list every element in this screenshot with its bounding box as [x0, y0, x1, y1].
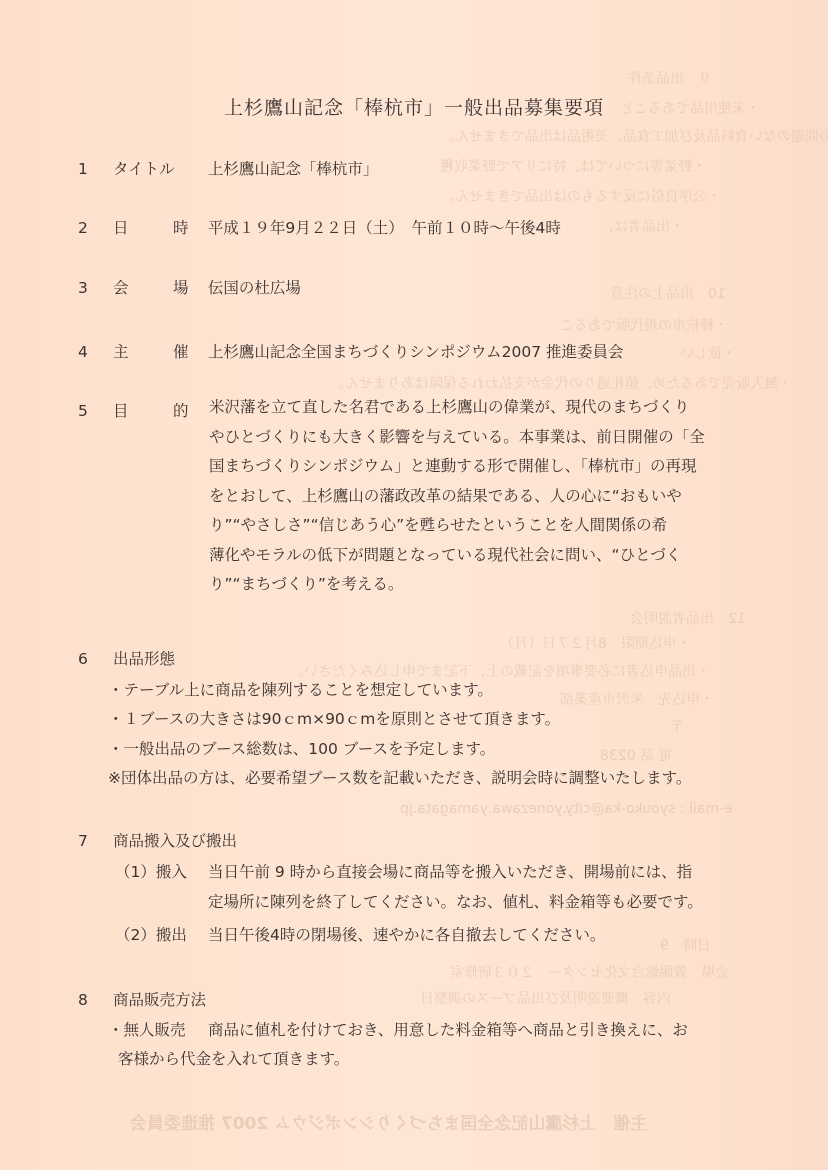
section-number: 6 [78, 650, 108, 668]
document-title: 上杉鷹山記念「棒杭市」一般出品募集要項 [0, 93, 828, 120]
bleed-through-text: ・棒杭市の現代版であるこ [560, 315, 728, 335]
section-number: 4 [78, 343, 108, 361]
bleed-through-text: ・出品者は、 [600, 216, 684, 236]
document-page: ９ 出品条件 ・未使用品であること ・食品衛生上の問題のない食料品及び加工食品、… [0, 0, 828, 1170]
bleed-through-text: ・食品衛生上の問題のない食料品及び加工食品、美術品は出品できません。 [440, 126, 828, 146]
section-value: 上杉鷹山記念「棒杭市」 [208, 157, 379, 179]
section-value: 平成１９年9月２２日（土） 午前１０時〜午後4時 [208, 216, 561, 238]
section-value: 伝国の杜広場 [208, 276, 301, 298]
section-label: 会場 [113, 276, 203, 298]
section-heading: 商品搬入及び搬出 [113, 829, 237, 851]
bleed-through-text: 主催 上杉鷹山記念全国まちづくりシンポジウム 2007 推進委員会 [130, 1109, 647, 1134]
section-3-venue: 3 会場 伝国の杜広場 [78, 276, 301, 298]
bleed-through-text: 内容 概要説明及び出品ブースの調整日 [420, 988, 671, 1008]
bleed-through-text: 日時 9 [660, 935, 711, 955]
bleed-through-text: ・欲しい [680, 343, 736, 363]
section-4-organizer: 4 主催 上杉鷹山記念全国まちづくりシンポジウム2007 推進委員会 [78, 340, 624, 362]
section-label: 目的 [113, 399, 203, 421]
section-5-purpose-label: 5 目的 [78, 399, 203, 421]
list-item: ・テーブル上に商品を陳列することを想定しています。 [108, 678, 493, 700]
section-number: 5 [78, 402, 108, 420]
section-6-heading: 6 出品形態 [78, 647, 175, 669]
section-number: 7 [78, 832, 108, 850]
bleed-through-text: 12 出品者説明会 [630, 608, 746, 628]
bleed-through-text: 会場 置賜総合文化センター ２０３研修室 [450, 962, 729, 982]
sales-method-text: 商品に値札を付けておき、用意した料金箱等へ商品と引き換えに、お [208, 1018, 688, 1040]
list-item: ・１ブースの大きさは90ｃm×90ｃmを原則とさせて頂きます。 [108, 707, 560, 729]
section-number: 2 [78, 219, 108, 237]
note-text: ※団体出品の方は、必要希望ブース数を記載いただき、説明会時に調整いたします。 [108, 766, 691, 788]
list-item: ・一般出品のブース総数は、100 ブースを予定します。 [108, 737, 495, 759]
bleed-through-text: 10 出品上の注意 [610, 283, 726, 303]
section-value: 上杉鷹山記念全国まちづくりシンポジウム2007 推進委員会 [208, 340, 624, 362]
section-label: タイトル [113, 157, 203, 179]
section-5-purpose-text: 米沢藩を立て直した名君である上杉鷹山の偉業が、現代のまちづくり やひとづくりにも… [209, 393, 734, 600]
sales-method-label: ・無人販売 [108, 1018, 186, 1040]
section-heading: 商品販売方法 [113, 988, 206, 1010]
section-number: 8 [78, 991, 108, 1009]
bleed-through-text: ・無人販売であるため、値札通りの代金が支払われる保障はありません。 [330, 373, 792, 393]
carry-in-text: 当日午前 9 時から直接会場に商品等を搬入いただき、開場前には、指 [208, 860, 692, 882]
section-2-datetime: 2 日時 平成１９年9月２２日（土） 午前１０時〜午後4時 [78, 216, 561, 238]
bleed-through-text: ・申込期限 8月２７日（月） [500, 633, 691, 653]
bleed-through-text: ・野菜等については、特にリアで野菜収穫 [440, 156, 706, 176]
bleed-through-text: ９ 出品条件 [628, 68, 712, 88]
bleed-through-text: ・公序良俗に反するものは出品できません。 [440, 186, 721, 206]
sales-method-text: 客様から代金を入れて頂きます。 [118, 1047, 349, 1069]
carry-in-label: （1）搬入 [115, 860, 187, 882]
section-number: 1 [78, 160, 108, 178]
section-number: 3 [78, 279, 108, 297]
section-7-heading: 7 商品搬入及び搬出 [78, 829, 237, 851]
carry-out-label: （2）搬出 [115, 923, 187, 945]
carry-out-text: 当日午後4時の閉場後、速やかに各自撤去してください。 [208, 923, 605, 945]
section-8-heading: 8 商品販売方法 [78, 988, 206, 1010]
section-heading: 出品形態 [113, 647, 175, 669]
bleed-through-text: ・申込先 米沢市産業部 [560, 689, 714, 709]
bleed-through-text: 〒 [670, 716, 684, 736]
bleed-through-text: 電 話 0238 [600, 745, 673, 765]
carry-in-text: 定場所に陳列を終了してください。なお、値札、料金箱等も必要です。 [208, 890, 703, 912]
section-label: 日時 [113, 216, 203, 238]
section-1-title: 1 タイトル 上杉鷹山記念「棒杭市」 [78, 157, 378, 179]
bleed-through-text: e-mail : syouko-ka@city.yonezawa.yamagat… [400, 801, 733, 817]
section-label: 主催 [113, 340, 203, 362]
